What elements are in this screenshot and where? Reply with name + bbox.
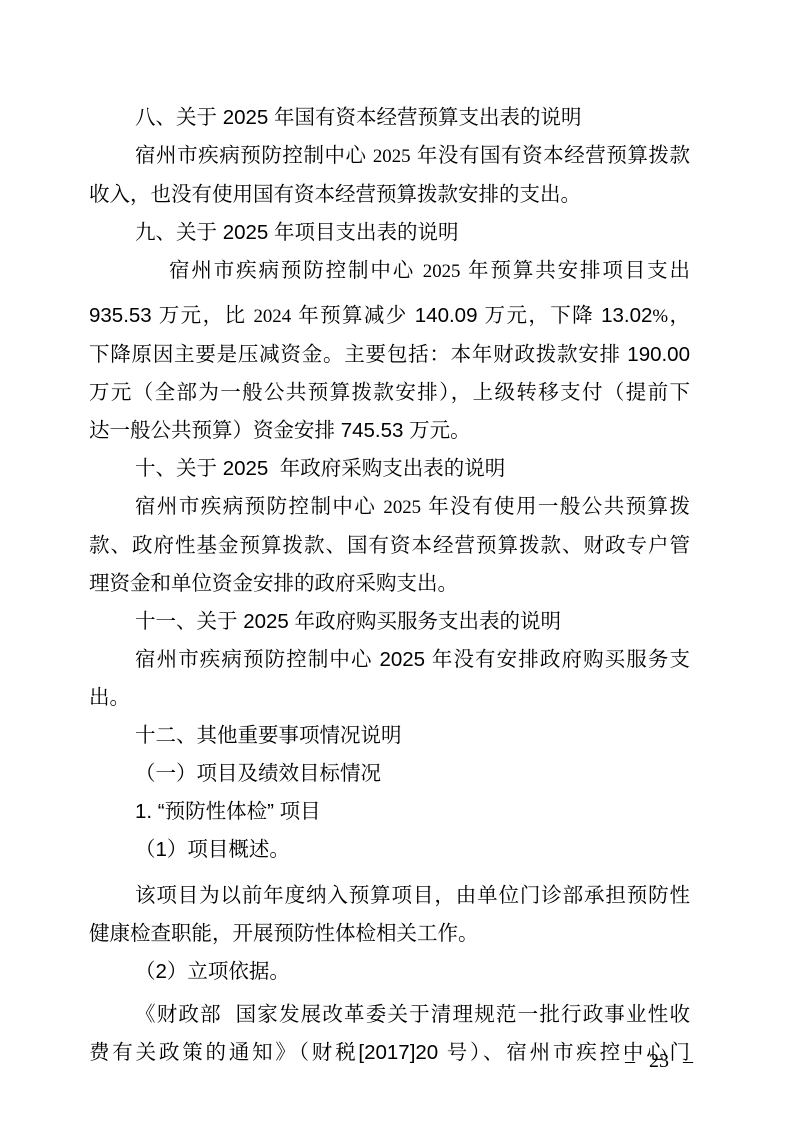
text-segment: ，	[668, 304, 690, 327]
text-segment: 1. “预防性体检” 项目	[135, 800, 321, 823]
text-segment: 年没有国有资本经营预算拨款	[411, 144, 690, 167]
text-segment: （1）项目概述。	[135, 838, 290, 861]
section-8-para-line: 宿州市疾病预防控制中心 2025 年没有国有资本经营预算拨款	[89, 137, 690, 176]
item-2-heading: （2）立项依据。	[89, 953, 690, 991]
text-segment: 万元（全部为一般公共预算拨款安排），上级转移支付（提前下	[89, 381, 690, 404]
text-segment: 健康检查职能，开展预防性体检相关工作。	[89, 922, 479, 945]
text-segment: 八、关于 2025 年国有资本经营预算支出表的说明	[135, 106, 582, 129]
text-segment: 2025	[373, 146, 411, 167]
section-9-para-line: 下降原因主要是压减资金。主要包括：本年财政拨款安排 190.00	[89, 336, 690, 374]
text-segment: 年预算共安排项目支出	[460, 259, 690, 282]
text-segment: 年没有使用一般公共预算拨	[421, 495, 690, 518]
text-segment: 2025	[383, 497, 421, 518]
text-segment: 宿州市疾病预防控制中心	[135, 495, 383, 518]
text-segment: 《财政部 国家发展改革委关于清理规范一批行政事业性收	[135, 1003, 690, 1026]
project-1-heading: 1. “预防性体检” 项目	[89, 793, 690, 831]
text-segment: 2024	[253, 306, 291, 327]
text-segment: 宿州市疾病预防控制中心	[169, 259, 423, 282]
section-10-heading: 十、关于 2025 年政府采购支出表的说明	[89, 450, 690, 488]
text-segment: 下降原因主要是压减资金。主要包括：本年财政拨款安排 190.00	[89, 343, 690, 366]
text-segment: 理资金和单位资金安排的政府采购支出。	[89, 572, 458, 595]
text-segment: 935.53 万元，比	[89, 304, 253, 327]
text-segment: 2025	[423, 261, 461, 282]
section-12-heading: 十二、其他重要事项情况说明	[89, 717, 690, 755]
text-segment: 该项目为以前年度纳入预算项目，由单位门诊部承担预防性	[135, 884, 690, 907]
section-8-heading: 八、关于 2025 年国有资本经营预算支出表的说明	[89, 99, 690, 137]
section-10-para-line: 宿州市疾病预防控制中心 2025 年没有使用一般公共预算拨	[89, 488, 690, 527]
text-segment: 宿州市疾病预防控制中心 2025 年没有安排政府购买服务支	[135, 648, 690, 671]
item-2-para-line: 费有关政策的通知》（财税[2017]20 号）、宿州市疾控中心门	[89, 1034, 690, 1072]
section-9-para-line: 达一般公共预算）资金安排 745.53 万元。	[89, 412, 690, 450]
section-11-para-line: 宿州市疾病预防控制中心 2025 年没有安排政府购买服务支	[89, 641, 690, 679]
document-body: 八、关于 2025 年国有资本经营预算支出表的说明宿州市疾病预防控制中心 202…	[89, 99, 690, 1072]
section-11-para-line: 出。	[89, 679, 690, 717]
section-9-para-line: 万元（全部为一般公共预算拨款安排），上级转移支付（提前下	[89, 374, 690, 412]
text-segment: 宿州市疾病预防控制中心	[135, 144, 373, 167]
text-segment: （一）项目及绩效目标情况	[135, 762, 381, 785]
subsection-1-heading: （一）项目及绩效目标情况	[89, 755, 690, 793]
page-number: – 23 –	[625, 1046, 693, 1076]
document-page: 八、关于 2025 年国有资本经营预算支出表的说明宿州市疾病预防控制中心 202…	[0, 0, 793, 1122]
text-segment: 十、关于 2025 年政府采购支出表的说明	[135, 457, 505, 480]
text-segment: 十一、关于 2025 年政府购买服务支出表的说明	[135, 610, 561, 633]
item-1-heading: （1）项目概述。	[89, 831, 690, 869]
section-8-para-line: 收入，也没有使用国有资本经营预算拨款安排的支出。	[89, 176, 690, 214]
section-11-heading: 十一、关于 2025 年政府购买服务支出表的说明	[89, 603, 690, 641]
section-10-para-line: 款、政府性基金预算拨款、国有资本经营预算拨款、财政专户管	[89, 527, 690, 565]
text-segment: 达一般公共预算）资金安排 745.53 万元。	[89, 419, 471, 442]
item-2-para-line: 《财政部 国家发展改革委关于清理规范一批行政事业性收	[89, 996, 690, 1034]
text-segment: 年预算减少 140.09 万元，下降 13.02	[291, 304, 652, 327]
text-segment: 款、政府性基金预算拨款、国有资本经营预算拨款、财政专户管	[89, 534, 690, 557]
section-9-para-line: 935.53 万元，比 2024 年预算减少 140.09 万元，下降 13.0…	[89, 297, 690, 336]
text-segment: 收入，也没有使用国有资本经营预算拨款安排的支出。	[89, 183, 581, 206]
section-9-heading: 九、关于 2025 年项目支出表的说明	[89, 214, 690, 252]
text-segment: %	[652, 306, 668, 327]
text-segment: 费有关政策的通知》（财税[2017]20 号）、宿州市疾控中心门	[89, 1041, 690, 1064]
text-segment: 出。	[89, 686, 130, 709]
item-1-para-line: 该项目为以前年度纳入预算项目，由单位门诊部承担预防性	[89, 877, 690, 915]
section-9-para-line: 宿州市疾病预防控制中心 2025 年预算共安排项目支出	[89, 252, 690, 291]
item-1-para-line: 健康检查职能，开展预防性体检相关工作。	[89, 915, 690, 953]
section-10-para-line: 理资金和单位资金安排的政府采购支出。	[89, 565, 690, 603]
text-segment: （2）立项依据。	[135, 960, 290, 983]
text-segment: 十二、其他重要事项情况说明	[135, 724, 402, 747]
text-segment: 九、关于 2025 年项目支出表的说明	[135, 221, 459, 244]
